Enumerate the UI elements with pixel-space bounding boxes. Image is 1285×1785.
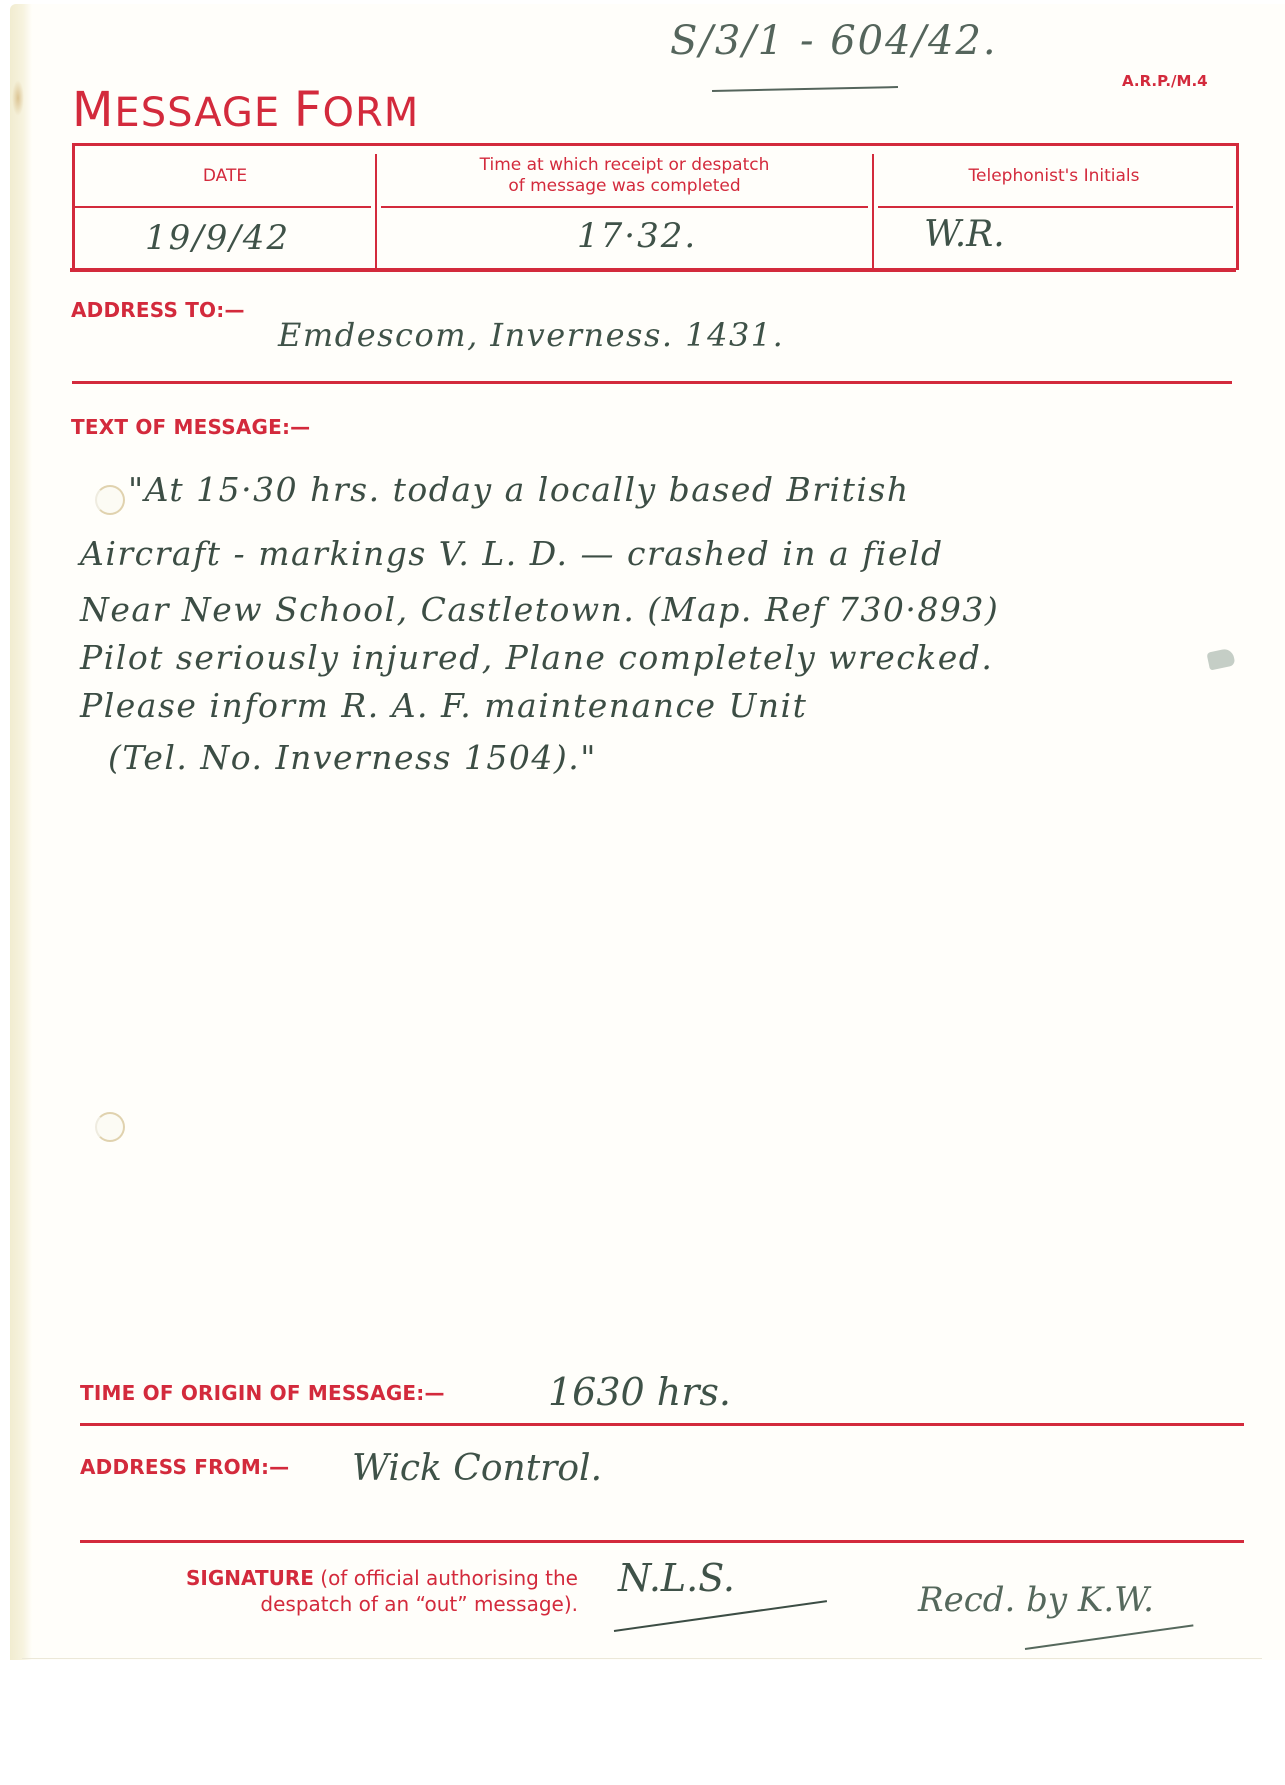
address-from-label: ADDRESS FROM:— [80,1455,289,1479]
header-table: DATE Time at which receipt or despatch o… [72,143,1239,270]
address-from-value[interactable]: Wick Control. [352,1448,602,1489]
signature-label-line1: (of official authorising the [314,1566,578,1590]
signature-label-line2: despatch of an “out” message). [80,1591,578,1617]
title-rest-message: ESSAGE [114,90,280,136]
time-header-line2: of message was completed [480,176,770,197]
time-of-origin-value[interactable]: 1630 hrs. [548,1370,731,1414]
signature-label-bold: SIGNATURE [186,1566,314,1590]
telephonist-initials-value: W.R. [924,214,1005,255]
message-line: "At 15·30 hrs. today a locally based Bri… [128,470,910,509]
time-of-origin-rule [80,1423,1244,1426]
time-completed-cell[interactable]: 17·32. [377,208,872,268]
title-rest-form: ORM [322,90,419,136]
address-to-value[interactable]: Emdescom, Inverness. 1431. [278,316,784,354]
date-value: 19/9/42 [145,218,290,258]
reference-number: S/3/1 - 604/42. [670,18,998,64]
time-header-line1: Time at which receipt or despatch [480,155,770,176]
time-completed-header: Time at which receipt or despatch of mes… [377,146,872,206]
address-from-rule [80,1540,1244,1543]
signature-value[interactable]: N.L.S. [618,1556,735,1600]
paper-bottom-edge [22,1658,1262,1659]
address-to-label: ADDRESS TO:— [71,298,245,322]
telephonist-initials-header: Telephonist's Initials [874,146,1234,206]
date-cell[interactable]: 19/9/42 [75,208,375,268]
time-of-origin-label: TIME OF ORIGIN OF MESSAGE:— [80,1381,445,1405]
message-line: (Tel. No. Inverness 1504)." [108,738,597,777]
date-header-label: DATE [203,166,247,187]
telephonist-initials-cell[interactable]: W.R. [874,208,1234,268]
form-code: A.R.P./M.4 [1122,72,1208,90]
header-table-bottom-rule [70,268,1236,272]
paper-stain [12,80,24,116]
punch-hole-top [95,485,125,515]
punch-hole-bottom [95,1112,125,1142]
message-line: Near New School, Castletown. (Map. Ref 7… [80,590,999,629]
form-title: MESSAGE FORM [72,82,419,138]
message-line: Aircraft - markings V. L. D. — crashed i… [80,534,944,573]
title-initial-f: F [294,82,323,138]
received-by-value: Recd. by K.W. [918,1580,1154,1620]
paper-left-edge [10,4,32,1660]
message-line: Pilot seriously injured, Plane completel… [80,638,993,677]
date-header: DATE [75,146,375,206]
title-initial-m: M [72,82,114,138]
message-line: Please inform R. A. F. maintenance Unit [80,686,807,725]
time-completed-value: 17·32. [577,216,697,256]
text-of-message-label: TEXT OF MESSAGE:— [71,415,310,439]
signature-label: SIGNATURE (of official authorising the d… [80,1565,578,1617]
address-to-rule [72,381,1232,384]
telephonist-header-label: Telephonist's Initials [969,166,1140,187]
